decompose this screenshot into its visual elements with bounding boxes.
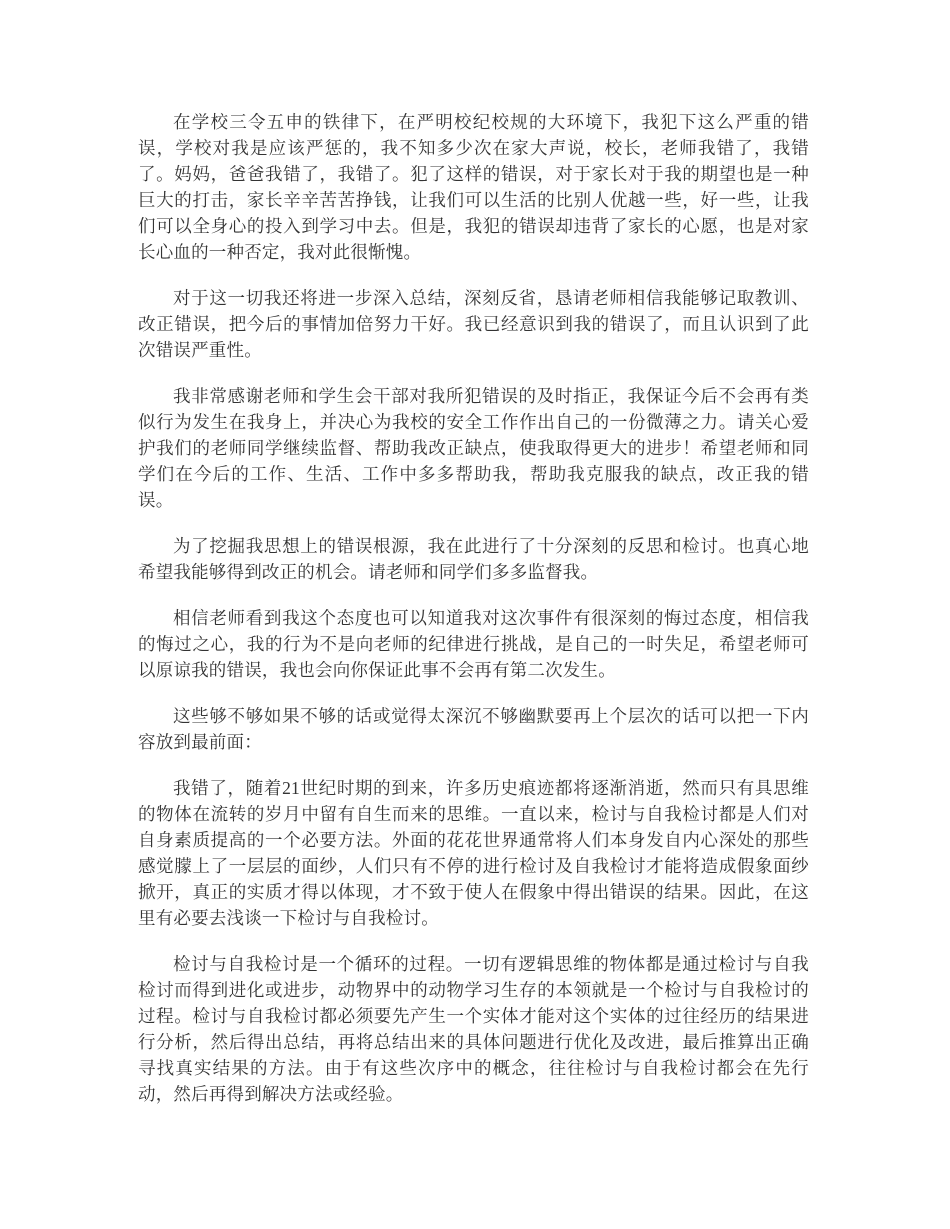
paragraph-1: 在学校三令五申的铁律下，在严明校纪校规的大环境下，我犯下这么严重的错误，学校对我…	[138, 109, 809, 265]
paragraph-3: 我非常感谢老师和学生会干部对我所犯错误的及时指正，我保证今后不会再有类似行为发生…	[138, 383, 809, 513]
document-body: 在学校三令五申的铁律下，在严明校纪校规的大环境下，我犯下这么严重的错误，学校对我…	[138, 109, 809, 1107]
paragraph-5: 相信老师看到我这个态度也可以知道我对这次事件有很深刻的悔过态度，相信我的悔过之心…	[138, 605, 809, 683]
document-page: 在学校三令五申的铁律下，在严明校纪校规的大环境下，我犯下这么严重的错误，学校对我…	[0, 0, 950, 1229]
paragraph-6: 这些够不够如果不够的话或觉得太深沉不够幽默要再上个层次的话可以把一下内容放到最前…	[138, 703, 809, 755]
paragraph-2: 对于这一切我还将进一步深入总结，深刻反省，恳请老师相信我能够记取教训、改正错误，…	[138, 285, 809, 363]
paragraph-8: 检讨与自我检讨是一个循环的过程。一切有逻辑思维的物体都是通过检讨与自我检讨而得到…	[138, 951, 809, 1107]
paragraph-4: 为了挖掘我思想上的错误根源，我在此进行了十分深刻的反思和检讨。也真心地希望我能够…	[138, 533, 809, 585]
paragraph-7: 我错了，随着21世纪时期的到来，许多历史痕迹都将逐渐消逝，然而只有具思维的物体在…	[138, 775, 809, 931]
